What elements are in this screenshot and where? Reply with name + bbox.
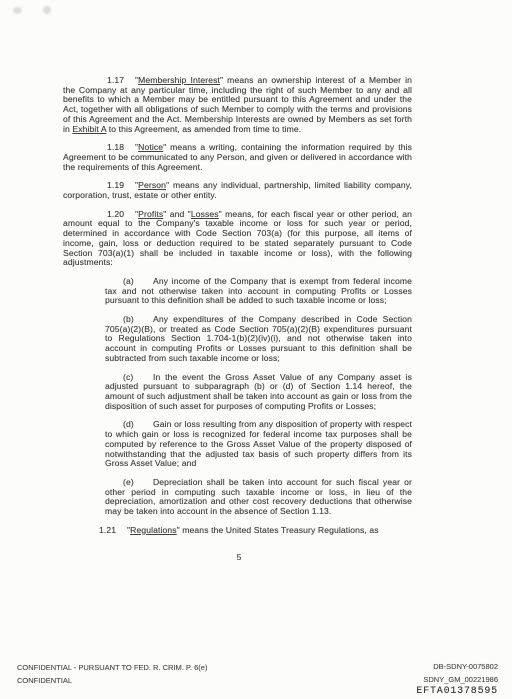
paragraph-text: " and ": [163, 209, 191, 219]
footer-confidential-line2: CONFIDENTIAL: [17, 674, 207, 687]
paragraph-text: " means, for each fiscal year or other p…: [63, 209, 412, 268]
bates-stamp-efta: EFTA01378595: [416, 686, 498, 698]
defined-term: Exhibit A: [72, 124, 106, 134]
defined-term: Profits: [138, 209, 163, 219]
paragraph-text: to this Agreement, as amended from time …: [106, 124, 301, 134]
document-body: 1.17"Membership Interest" means an owner…: [63, 76, 412, 544]
defined-term: Membership Interest: [138, 75, 220, 85]
bates-number-sdny-gm: SDNY_GM_00221986: [416, 673, 498, 686]
bates-number-db-sdny: DB-SDNY-0075802: [416, 660, 498, 673]
defined-term: Notice: [138, 142, 163, 152]
paragraph-d: (d)Gain or loss resulting from any dispo…: [105, 420, 412, 469]
page-number: 5: [63, 552, 415, 562]
paragraph-121: 1.21"Regulations" means the United State…: [63, 526, 412, 536]
scan-artifact: [13, 7, 22, 14]
paragraph-117: 1.17"Membership Interest" means an owner…: [63, 76, 412, 134]
paragraph-e: (e)Depreciation shall be taken into acco…: [105, 478, 412, 517]
paragraph-a: (a)Any income of the Company that is exe…: [105, 277, 412, 306]
defined-term: Person: [138, 180, 166, 190]
paragraph-label: 1.21: [99, 526, 127, 536]
paragraph-120: 1.20"Profits" and "Losses" means, for ea…: [63, 210, 412, 268]
paragraph-b: (b)Any expenditures of the Company descr…: [105, 315, 412, 364]
defined-term: Losses: [191, 209, 219, 219]
paragraph-c: (c)In the event the Gross Asset Value of…: [105, 373, 412, 412]
footer-confidential-block: CONFIDENTIAL - PURSUANT TO FED. R. CRIM.…: [17, 661, 207, 687]
scanned-document-page: 1.17"Membership Interest" means an owner…: [0, 0, 512, 699]
paragraph-118: 1.18"Notice" means a writing, containing…: [63, 143, 412, 172]
paragraph-text: " means the United States Treasury Regul…: [177, 525, 379, 535]
footer-confidential-line1: CONFIDENTIAL - PURSUANT TO FED. R. CRIM.…: [17, 661, 207, 674]
defined-term: Regulations: [130, 525, 177, 535]
scan-artifact: [43, 6, 51, 14]
footer-bates-block: DB-SDNY-0075802 SDNY_GM_00221986 EFTA013…: [416, 660, 498, 698]
paragraph-119: 1.19"Person" means any individual, partn…: [63, 181, 412, 200]
